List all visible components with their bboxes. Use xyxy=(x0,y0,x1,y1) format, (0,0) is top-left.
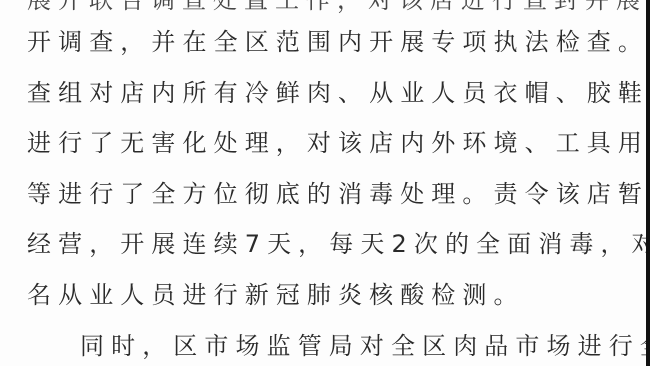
paragraph-line-6: 名从业人员进行新冠肺炎核酸检测。 xyxy=(27,281,525,309)
next-paragraph-line-1: 同时，区市场监管局对全区肉品市场进行全 xyxy=(80,332,650,360)
paragraph-line-2: 查组对店内所有冷鲜肉、从业人员衣帽、胶鞋等 xyxy=(27,79,650,107)
paragraph-line-3: 进行了无害化处理，对该店内外环境、工具用具 xyxy=(27,129,650,157)
paragraph-line-1: 开调查，并在全区范围内开展专项执法检查。检 xyxy=(27,28,650,56)
right-border-divider xyxy=(646,0,650,366)
article-page: 展开联合调查处置工作，对该店进行查封并展 开调查，并在全区范围内开展专项执法检查… xyxy=(0,0,650,366)
paragraph-line-5: 经营，开展连续7天，每天2次的全面消毒，对两 xyxy=(27,230,650,258)
paragraph-line-4: 等进行了全方位彻底的消毒处理。责令该店暂停 xyxy=(27,180,650,208)
partial-text-line-top: 展开联合调查处置工作，对该店进行查封并展 xyxy=(27,0,647,15)
